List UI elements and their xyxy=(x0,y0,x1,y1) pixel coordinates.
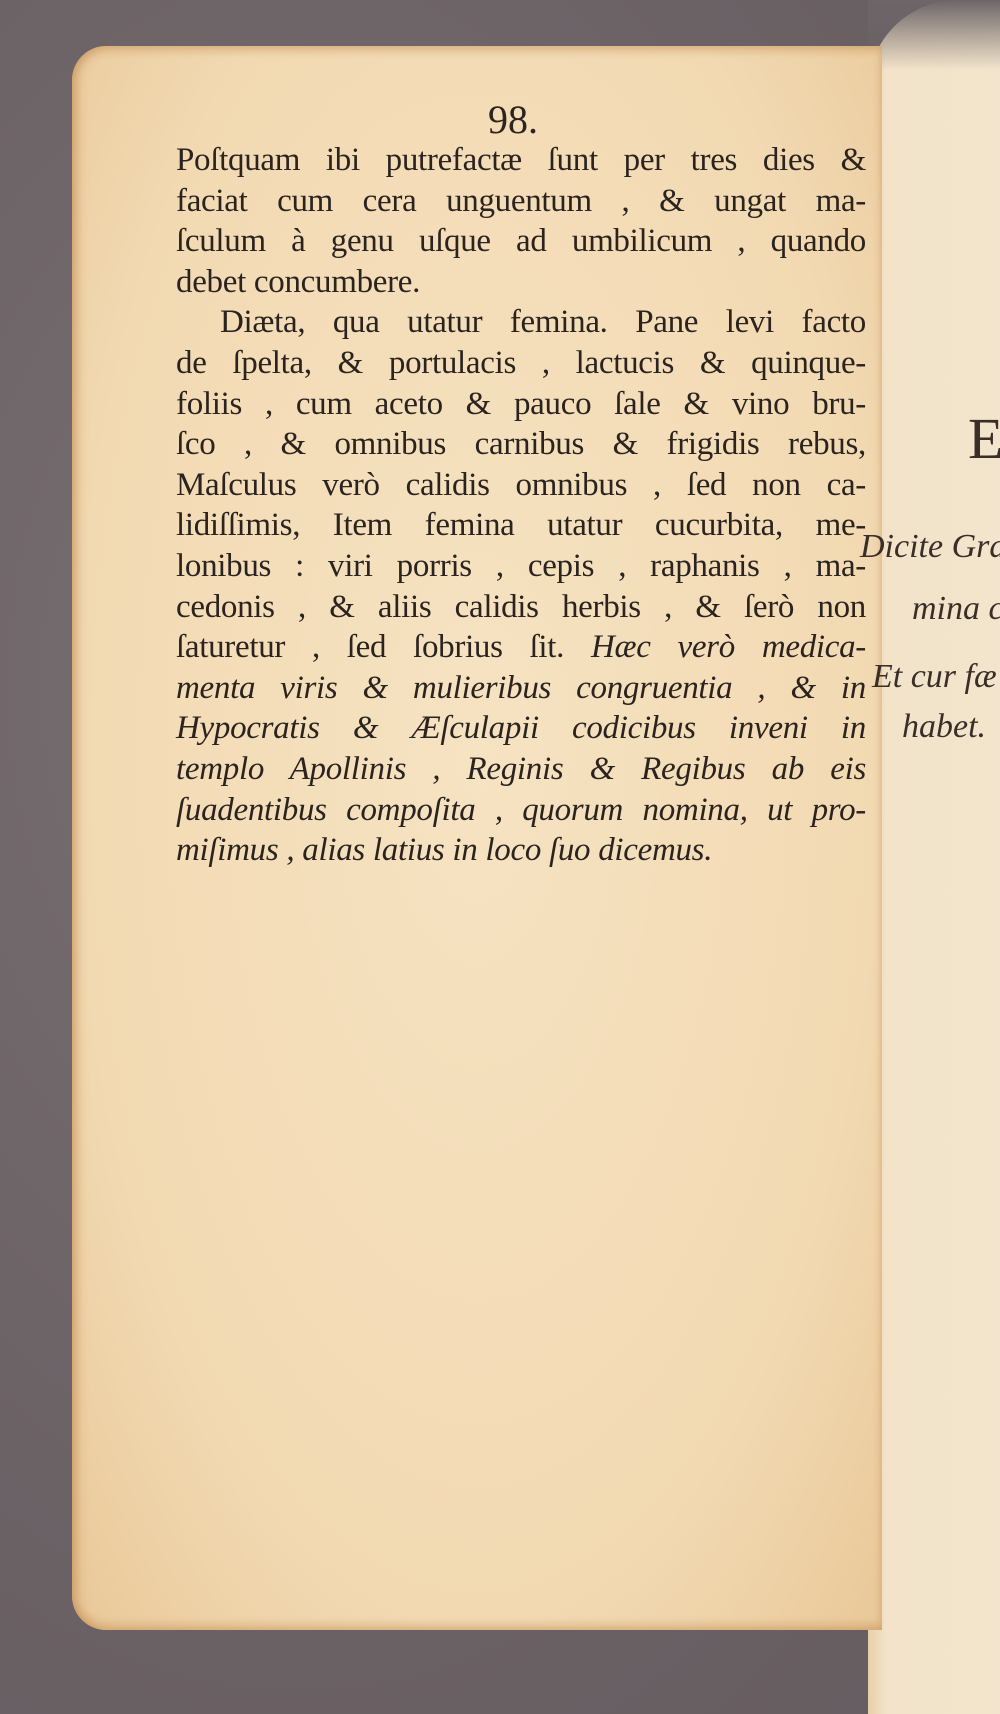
facing-page xyxy=(868,0,1000,1714)
text-line: ſculum à genu uſque ad umbilicum , quand… xyxy=(176,221,866,262)
page-body-text: Poſtquam ibi putrefactæ ſunt per tres di… xyxy=(176,140,866,871)
facing-page-line: Dicite Gram xyxy=(860,528,1000,566)
text-line: lidiſſimis, Item femina utatur cucurbita… xyxy=(176,505,866,546)
text-line-mixed: ſaturetur , ſed ſobrius ſit. Hæc verò me… xyxy=(176,627,866,668)
text-line-italic: menta viris & mulieribus congruentia , &… xyxy=(176,668,866,709)
text-italic-segment: Hæc verò medica- xyxy=(591,629,866,665)
text-line: Diæta, qua utatur femina. Pane levi fact… xyxy=(176,302,866,343)
text-line-italic: ſuadentibus compoſita , quorum nomina, u… xyxy=(176,790,866,831)
text-line: de ſpelta, & portulacis , lactucis & qui… xyxy=(176,343,866,384)
text-line: foliis , cum aceto & pauco ſale & vino b… xyxy=(176,384,866,425)
facing-page-line: habet. xyxy=(902,708,986,746)
text-line: ſco , & omnibus carnibus & frigidis rebu… xyxy=(176,424,866,465)
text-line: cedonis , & aliis calidis herbis , & ſer… xyxy=(176,587,866,628)
text-line-italic: templo Apollinis , Reginis & Regibus ab … xyxy=(176,749,866,790)
text-line: debet concumbere. xyxy=(176,262,866,303)
text-line: lonibus : viri porris , cepis , raphanis… xyxy=(176,546,866,587)
text-line: Poſtquam ibi putrefactæ ſunt per tres di… xyxy=(176,140,866,181)
facing-page-heading-initial: E xyxy=(968,405,1000,472)
facing-page-line: Et cur fæ xyxy=(872,658,997,696)
text-line: faciat cum cera unguentum , & ungat ma- xyxy=(176,181,866,222)
facing-page-line: mina c xyxy=(912,590,1000,628)
text-line-italic: Hypocratis & Æſculapii codicibus inveni … xyxy=(176,708,866,749)
page-number: 98. xyxy=(488,100,538,140)
text-line-italic: miſimus , alias latius in loco ſuo dicem… xyxy=(176,830,866,871)
text-line: Maſculus verò calidis omnibus , ſed non … xyxy=(176,465,866,506)
text-roman-segment: ſaturetur , ſed ſobrius ſit. xyxy=(176,629,591,665)
